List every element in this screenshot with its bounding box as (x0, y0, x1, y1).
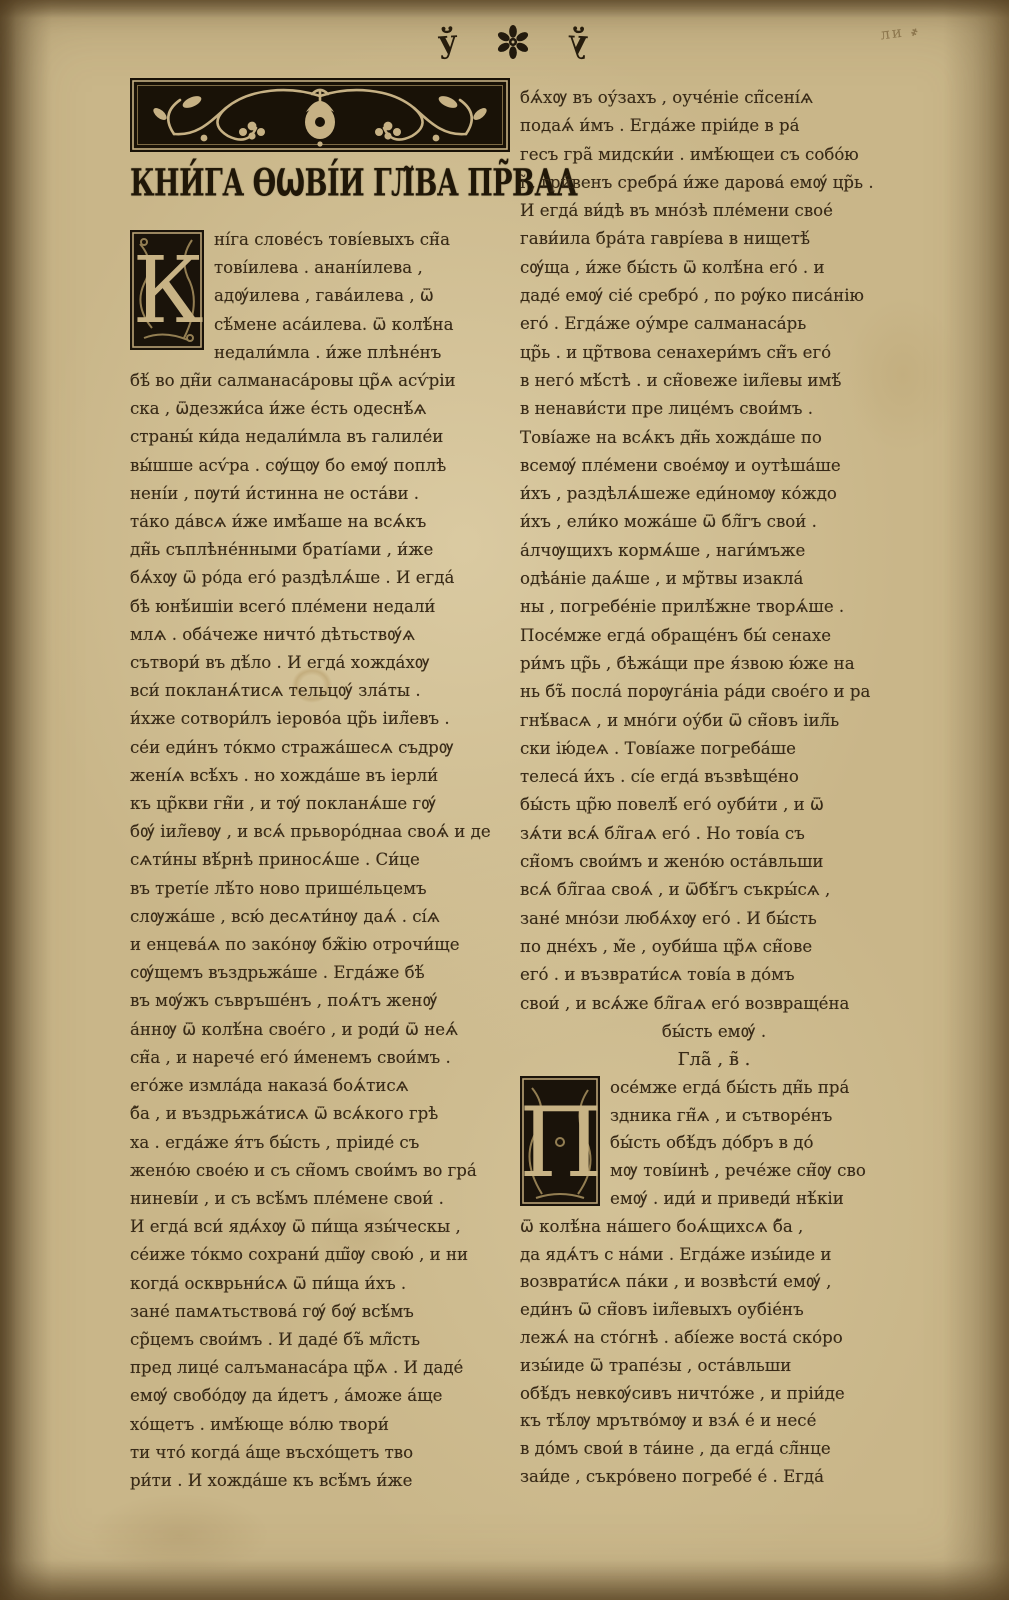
drop-cap-letter: П (520, 1087, 600, 1199)
chapter1-continuation-text: бѧ́хѹ въ оу́захъ , оуче́ніе сп̃сені́ѧ по… (520, 84, 908, 1018)
right-column: бѧ́хѹ въ оу́захъ , оуче́ніе сп̃сені́ѧ по… (520, 70, 908, 1491)
left-column: КНИ́ГА ѲѠВІ́И ГЛ̃ВА ПР̃ВАА К ні́га слове… (130, 78, 515, 1495)
chapter2-heading: Гла̃ , в̃ . (520, 1046, 908, 1074)
chapter1-paragraph: К ні́га слове́съ тові́евыхъ сн̃а тові́ил… (130, 226, 515, 1495)
drop-cap-P: П (520, 1076, 600, 1206)
chapter2-paragraph: П осе́мже егда́ бы́сть дн̃ь пра́ здника … (520, 1074, 908, 1491)
drop-cap-K: К (130, 230, 204, 350)
closing-line: бы́сть емѹ́ . (520, 1018, 908, 1046)
top-ornaments: ў ў (438, 18, 588, 66)
leaf-ornament-right: ў (567, 26, 588, 58)
drop-cap-letter: К (132, 237, 203, 344)
leaf-ornament-left: ў (437, 26, 459, 58)
chapter1-text: ні́га слове́съ тові́евыхъ сн̃а тові́илев… (130, 226, 515, 1495)
headpiece-woodcut (130, 78, 510, 152)
rosette-icon (496, 25, 530, 59)
book-title: КНИ́ГА ѲѠВІ́И ГЛ̃ВА ПР̃ВАА (130, 162, 515, 205)
